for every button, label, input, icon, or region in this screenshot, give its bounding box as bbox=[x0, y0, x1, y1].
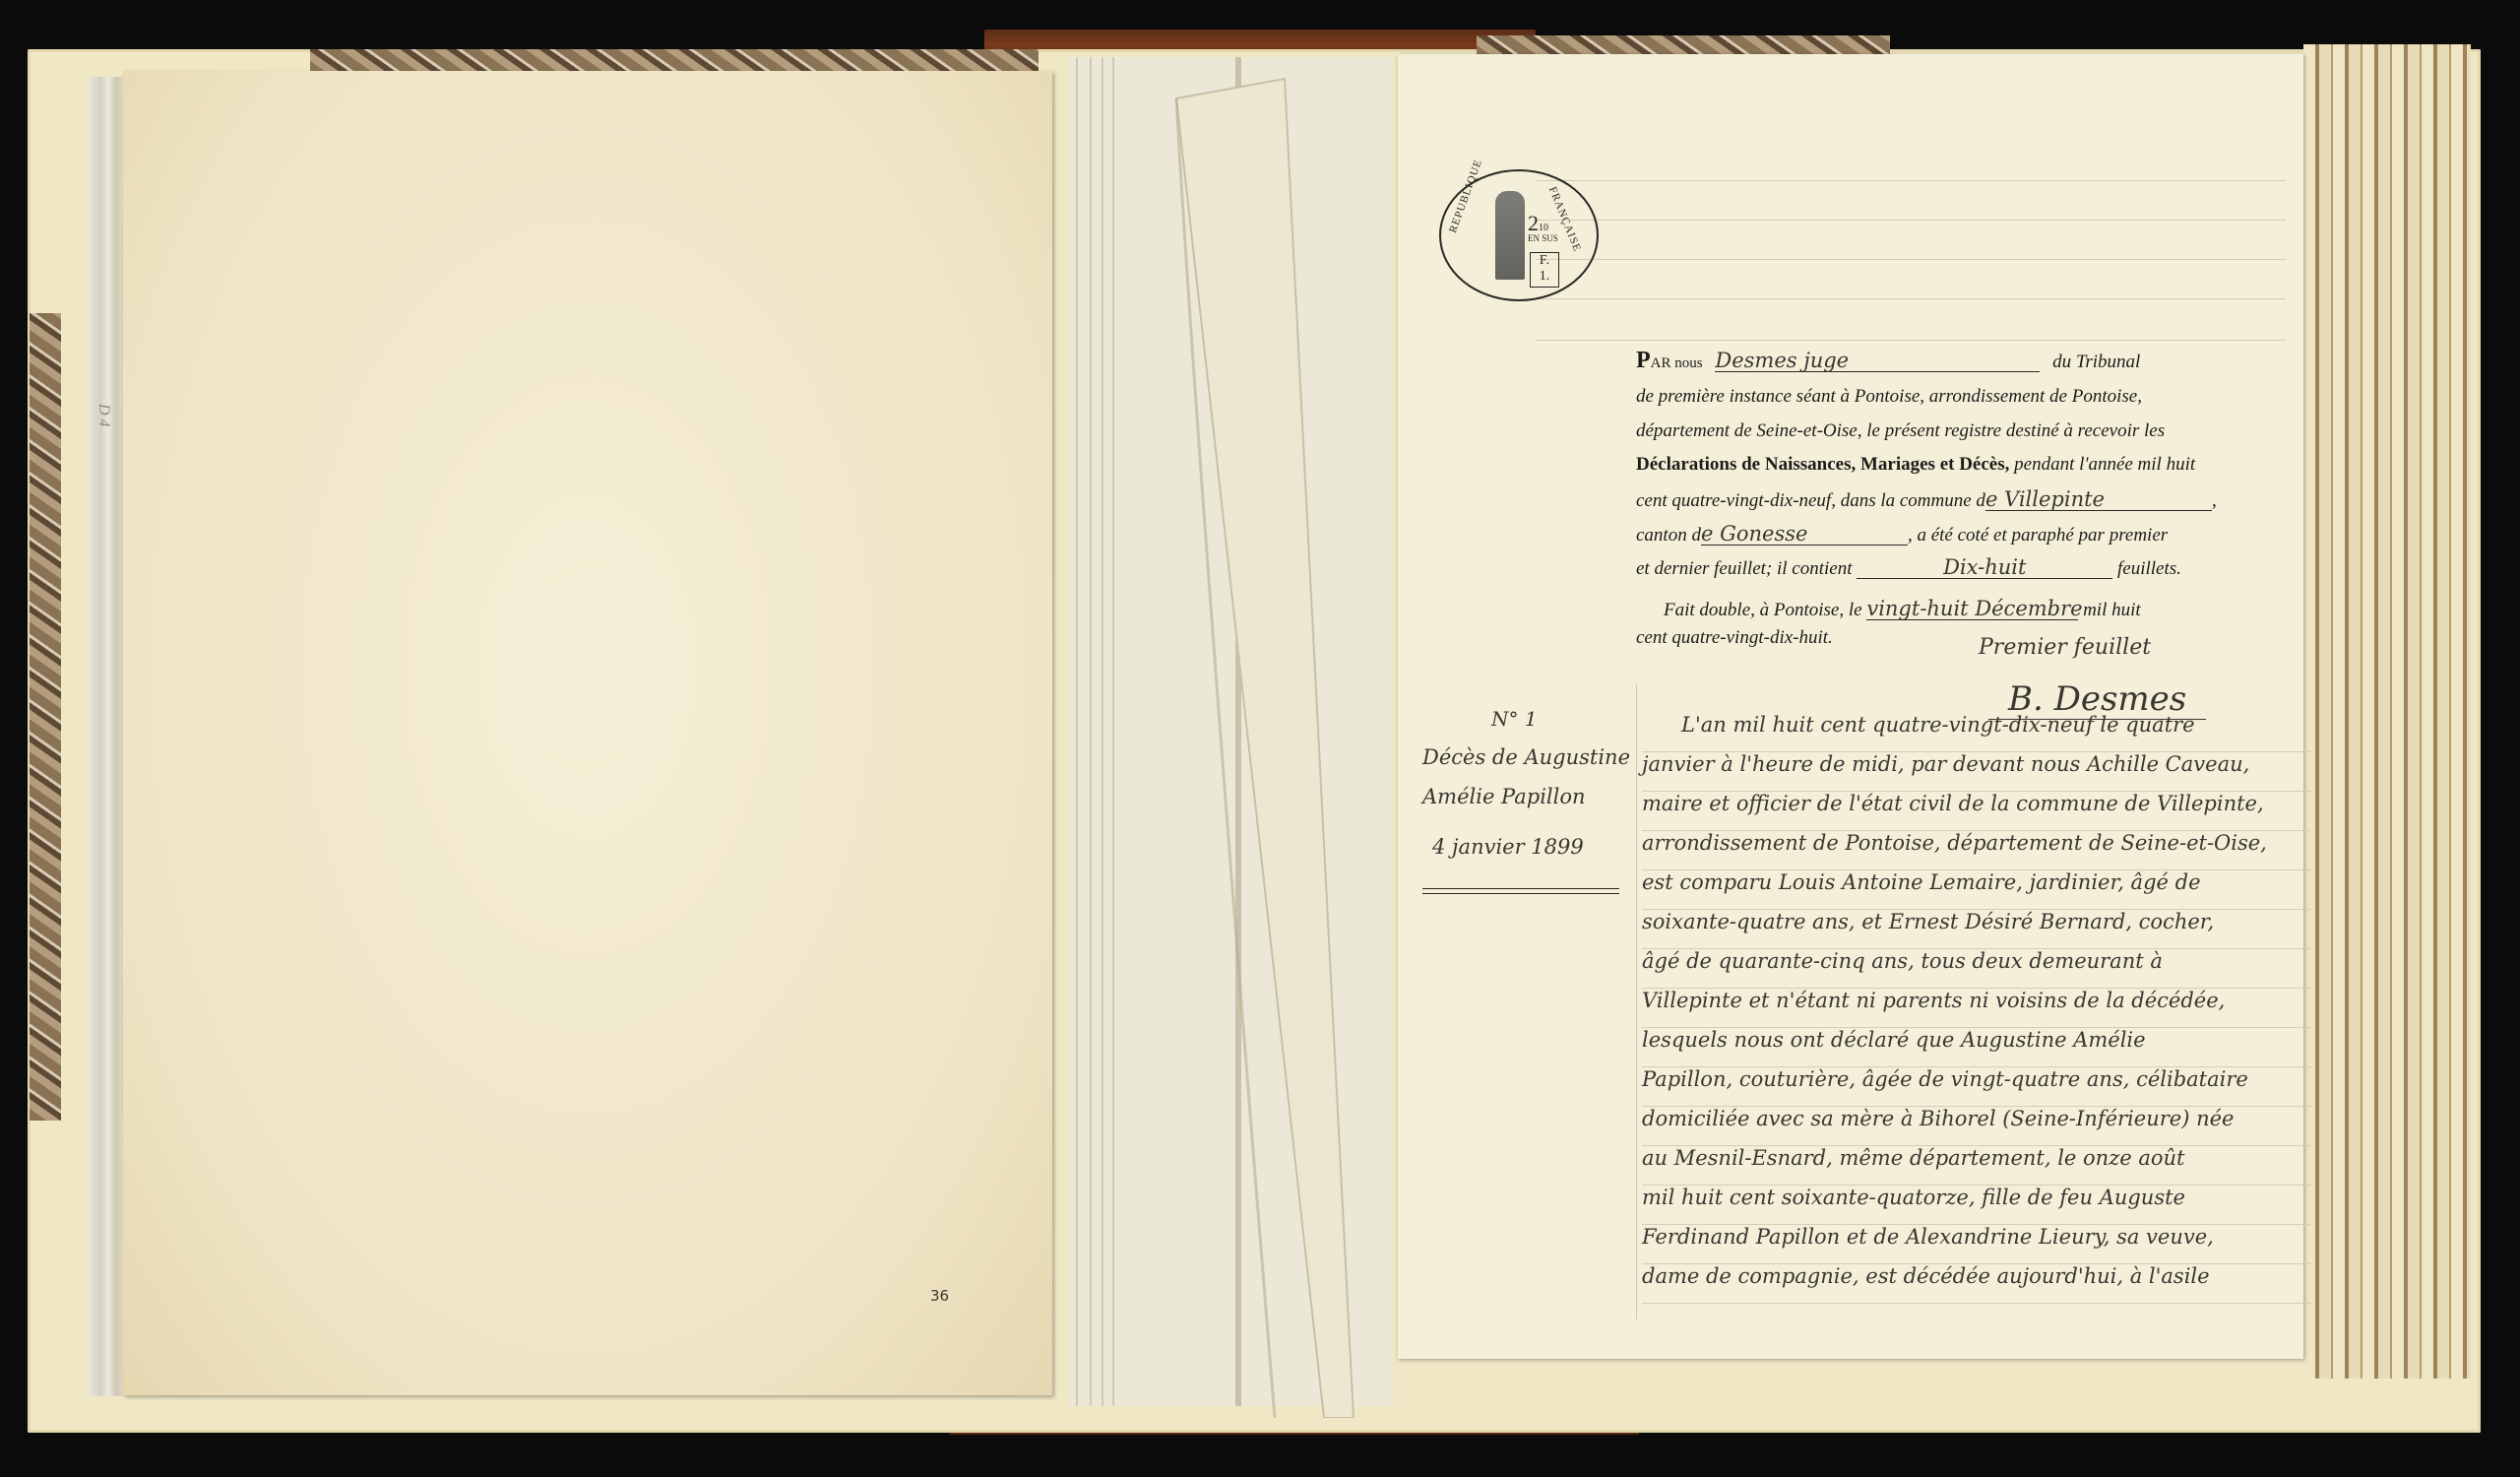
entry-margin-date: 4 janvier 1899 bbox=[1432, 835, 1584, 859]
folded-leaf-corner bbox=[1157, 59, 1393, 1418]
page-number: 36 bbox=[930, 1287, 949, 1305]
fiscal-stamp: REPUBLIQUE FRANÇAISE 210 EN SUS F. 1. bbox=[1439, 169, 1599, 301]
handwritten-commune: e Villepinte bbox=[1985, 489, 2212, 511]
entry-line: dame de compagnie, est décédée aujourd'h… bbox=[1642, 1264, 2311, 1304]
entry-body: L'an mil huit cent quatre-vingt-dix-neuf… bbox=[1642, 713, 2311, 1304]
annotation-premier-feuillet: Premier feuillet bbox=[1979, 635, 2151, 660]
header-line-8: Fait double, à Pontoise, le vingt-huit D… bbox=[1664, 599, 2141, 620]
margin-double-rule bbox=[1422, 888, 1619, 894]
entry-line: Papillon, couturière, âgée de vingt-quat… bbox=[1642, 1067, 2311, 1107]
entry-line: L'an mil huit cent quatre-vingt-dix-neuf… bbox=[1642, 713, 2311, 752]
stamp-franc: F. 1. bbox=[1530, 252, 1559, 288]
handwritten-canton: e Gonesse bbox=[1701, 524, 1908, 546]
header-line-2: de première instance séant à Pontoise, a… bbox=[1636, 387, 2142, 406]
edge-pencil-mark: D 4 bbox=[98, 404, 112, 427]
stamp-value: 210 EN SUS bbox=[1528, 213, 1558, 243]
entry-margin-title-1: Décès de Augustine bbox=[1422, 745, 1630, 769]
handwritten-leaf-count: Dix-huit bbox=[1857, 557, 2112, 579]
header-line-9: cent quatre-vingt-dix-huit. bbox=[1636, 628, 1833, 647]
margin-rule bbox=[1636, 684, 1637, 1319]
entry-line: Ferdinand Papillon et de Alexandrine Lie… bbox=[1642, 1225, 2311, 1264]
entry-line: janvier à l'heure de midi, par devant no… bbox=[1642, 752, 2311, 792]
marbled-board-left-edge bbox=[30, 313, 61, 1121]
entry-line: au Mesnil-Esnard, même département, le o… bbox=[1642, 1146, 2311, 1186]
handwritten-judge: Desmes juge bbox=[1715, 351, 2040, 372]
left-page-blank bbox=[123, 71, 1052, 1395]
entry-line: mil huit cent soixante-quatorze, fille d… bbox=[1642, 1186, 2311, 1225]
entry-number: N° 1 bbox=[1491, 707, 1538, 731]
entry-line: âgé de quarante-cinq ans, tous deux deme… bbox=[1642, 949, 2311, 989]
entry-line: est comparu Louis Antoine Lemaire, jardi… bbox=[1642, 870, 2311, 910]
entry-line: Villepinte et n'étant ni parents ni vois… bbox=[1642, 989, 2311, 1028]
header-line-3: département de Seine-et-Oise, le présent… bbox=[1636, 421, 2165, 440]
header-line-5: cent quatre-vingt-dix-neuf, dans la comm… bbox=[1636, 489, 2217, 511]
left-page-edges bbox=[89, 77, 128, 1396]
handwritten-date: vingt-huit Décembre bbox=[1866, 599, 2078, 620]
marbled-board-top-left bbox=[310, 49, 1039, 73]
header-line-4: Déclarations de Naissances, Mariages et … bbox=[1636, 455, 2195, 474]
header-line-1: PAR nous Desmes juge du Tribunal bbox=[1636, 349, 2140, 372]
entry-line: domiciliée avec sa mère à Bihorel (Seine… bbox=[1642, 1107, 2311, 1146]
entry-line: maire et officier de l'état civil de la … bbox=[1642, 792, 2311, 831]
header-line-7: et dernier feuillet; il contient Dix-hui… bbox=[1636, 557, 2181, 579]
entry-line: lesquels nous ont déclaré que Augustine … bbox=[1642, 1028, 2311, 1067]
entry-line: arrondissement de Pontoise, département … bbox=[1642, 831, 2311, 870]
justice-figure-icon bbox=[1495, 191, 1525, 280]
entry-line: soixante-quatre ans, et Ernest Désiré Be… bbox=[1642, 910, 2311, 949]
right-page-edges bbox=[2303, 44, 2471, 1379]
entry-margin-title-2: Amélie Papillon bbox=[1422, 785, 1586, 808]
header-line-6: canton de Gonesse, a été coté et paraphé… bbox=[1636, 524, 2168, 546]
